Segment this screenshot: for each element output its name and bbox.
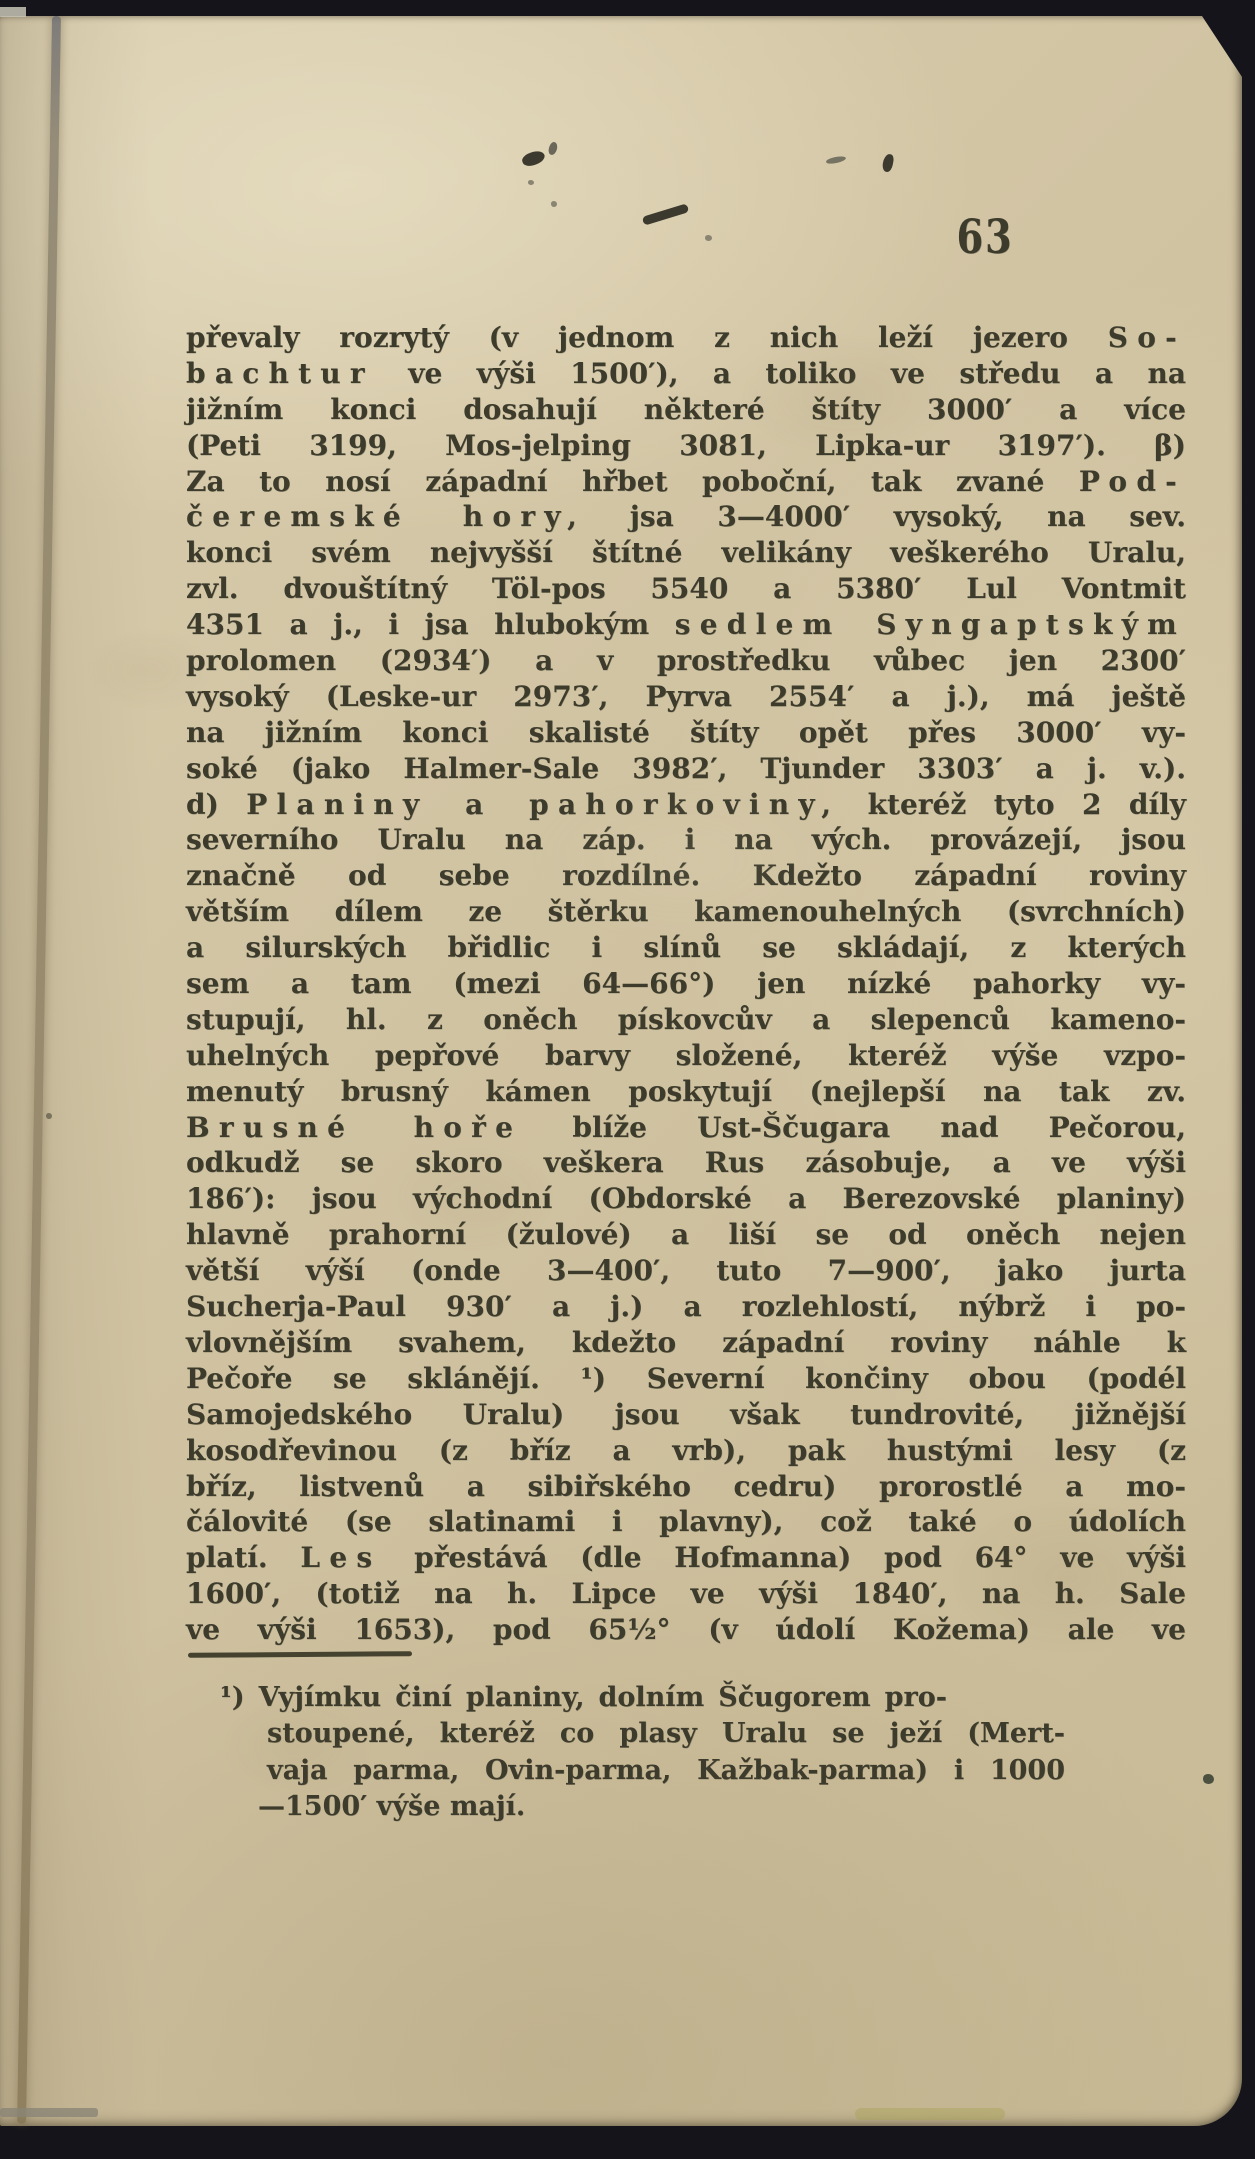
text-segment: čeremské hory,: [186, 500, 586, 533]
text-segment: jsa 3—4000′ vysoký, na sev.: [586, 500, 1186, 533]
text-segment: stoupené, kteréž co plasy Uralu se ježí …: [267, 1718, 1065, 1749]
ink-speck: [520, 148, 546, 168]
text-line: severního Uralu na záp. i na vých. prová…: [186, 822, 1186, 858]
ink-speck: [1203, 1774, 1214, 1784]
ink-speck: [882, 153, 895, 172]
text-segment: blíže Ust-Ščugara nad Pečorou,: [522, 1111, 1186, 1144]
page-number: 63: [951, 214, 1020, 261]
scanned-book-page: 63 převaly rozrytý (v jednom z nich leží…: [0, 0, 1255, 2159]
text-line: 186′): jsou východní (Obdorské a Berezov…: [186, 1181, 1186, 1217]
text-segment: Brusné hoře: [186, 1111, 522, 1144]
text-line: soké (jako Halmer-Sale 3982′, Tjunder 33…: [186, 751, 1186, 787]
scan-bottom-wedge: [0, 2108, 98, 2117]
text-line: menutý brusný kámen poskytují (nejlepší …: [186, 1074, 1186, 1110]
text-segment: d): [186, 788, 246, 821]
text-segment: ¹) Vyjímku činí planiny, dolním Ščugorem…: [220, 1682, 947, 1713]
text-line: čálovité (se slatinami i plavny), což ta…: [186, 1504, 1186, 1540]
text-line: vlovnějším svahem, kdežto západní roviny…: [186, 1325, 1186, 1361]
text-segment: vlovnějším svahem, kdežto západní roviny…: [186, 1326, 1186, 1359]
text-line: uhelných pepřové barvy složené, kteréž v…: [186, 1038, 1186, 1074]
text-segment: 1600′, (totiž na h. Lipce ve výši 1840′,…: [186, 1577, 1186, 1610]
text-segment: 4351 a j., i jsa hlubokým: [186, 608, 675, 641]
footnote-line: stoupené, kteréž co plasy Uralu se ježí …: [267, 1716, 1065, 1752]
text-segment: převaly rozrytý (v jednom z nich leží je…: [186, 321, 1108, 354]
text-segment: Sucherja-Paul 930′ a j.) a rozlehlostí, …: [186, 1290, 1186, 1323]
main-text: převaly rozrytý (v jednom z nich leží je…: [186, 320, 1186, 1648]
footnote-line: ¹) Vyjímku činí planiny, dolním Ščugorem…: [220, 1680, 947, 1716]
text-segment: zvl. dvouštítný Töl-pos 5540 a 5380′ Lul…: [186, 572, 1186, 605]
text-segment: jižním konci dosahují některé štíty 3000…: [186, 393, 1186, 426]
footnote: ¹) Vyjímku činí planiny, dolním Ščugorem…: [220, 1680, 1068, 1825]
ink-speck: [551, 201, 557, 207]
ink-speck: [547, 141, 559, 156]
text-segment: stupují, hl. z oněch pískovcův a slepenc…: [186, 1003, 1186, 1036]
ink-speck: [528, 180, 534, 185]
text-segment: severního Uralu na záp. i na vých. prová…: [186, 823, 1186, 856]
text-line: platí. Les přestává (dle Hofmanna) pod 6…: [186, 1540, 1186, 1576]
gutter-shadow: [17, 16, 61, 2124]
text-segment: (Peti 3199, Mos-jelping 3081, Lipka-ur 3…: [186, 429, 1186, 462]
text-line: ve výši 1653), pod 65½° (v údolí Kožema)…: [186, 1612, 1186, 1648]
text-line: jižním konci dosahují některé štíty 3000…: [186, 392, 1186, 428]
text-segment: hlavně prahorní (žulové) a liší se od on…: [186, 1218, 1186, 1251]
text-line: Za to nosí západní hřbet poboční, tak zv…: [186, 464, 1186, 500]
footnote-rule: [188, 1651, 412, 1658]
text-segment: kosodřevinou (z bříz a vrb), pak hustými…: [186, 1434, 1186, 1467]
text-segment: kteréž tyto 2 díly: [840, 788, 1186, 821]
text-line: konci svém nejvyšší štítné velikány vešk…: [186, 535, 1186, 571]
scan-top-edge: [0, 0, 1255, 16]
text-line: 1600′, (totiž na h. Lipce ve výši 1840′,…: [186, 1576, 1186, 1612]
text-segment: přestává (dle Hofmanna) pod 64° ve výši: [381, 1541, 1186, 1574]
text-segment: menutý brusný kámen poskytují (nejlepší …: [186, 1075, 1186, 1108]
text-segment: značně od sebe rozdílné. Kdežto západní …: [186, 859, 1186, 892]
text-line: d) Planiny a pahorkoviny, kteréž tyto 2 …: [186, 787, 1186, 823]
text-line: Samojedského Uralu) jsou však tundrovité…: [186, 1397, 1186, 1433]
text-segment: Za to nosí západní hřbet poboční, tak zv…: [186, 465, 1079, 498]
text-line: značně od sebe rozdílné. Kdežto západní …: [186, 858, 1186, 894]
ink-speck: [46, 1113, 52, 1119]
text-line: Sucherja-Paul 930′ a j.) a rozlehlostí, …: [186, 1289, 1186, 1325]
text-line: (Peti 3199, Mos-jelping 3081, Lipka-ur 3…: [186, 428, 1186, 464]
text-line: na jižním konci skalisté štíty opět přes…: [186, 715, 1186, 751]
text-line: a silurských břidlic i slínů se skládají…: [186, 930, 1186, 966]
text-segment: platí.: [186, 1541, 300, 1574]
text-segment: prolomen (2934′) a v prostředku vůbec je…: [186, 644, 1186, 677]
text-line: bachtur ve výši 1500′), a toliko ve stře…: [186, 356, 1186, 392]
text-line: čeremské hory, jsa 3—4000′ vysoký, na se…: [186, 499, 1186, 535]
text-line: kosodřevinou (z bříz a vrb), pak hustými…: [186, 1433, 1186, 1469]
ink-speck: [826, 155, 847, 165]
text-segment: čálovité (se slatinami i plavny), což ta…: [186, 1505, 1186, 1538]
text-line: stupují, hl. z oněch pískovcův a slepenc…: [186, 1002, 1186, 1038]
text-segment: vysoký (Leske-ur 2973′, Pyrva 2554′ a j.…: [186, 680, 1186, 713]
text-segment: sedlem Syngaptským: [675, 608, 1186, 641]
scan-bottom-tint: [855, 2108, 1005, 2120]
book-page: 63 převaly rozrytý (v jednom z nich leží…: [0, 16, 1242, 2126]
text-segment: 186′): jsou východní (Obdorské a Berezov…: [186, 1182, 1186, 1215]
text-segment: na jižním konci skalisté štíty opět přes…: [186, 716, 1186, 749]
text-segment: Pečoře se sklánějí. ¹) Severní končiny o…: [186, 1362, 1186, 1395]
text-line: větším dílem ze štěrku kamenouhelných (s…: [186, 894, 1186, 930]
footnote-line: —1500′ výše mají.: [258, 1789, 1068, 1825]
text-line: odkudž se skoro veškera Rus zásobuje, a …: [186, 1145, 1186, 1181]
text-segment: Samojedského Uralu) jsou však tundrovité…: [186, 1398, 1186, 1431]
text-line: Brusné hoře blíže Ust-Ščugara nad Pečoro…: [186, 1110, 1186, 1146]
text-segment: uhelných pepřové barvy složené, kteréž v…: [186, 1039, 1186, 1072]
text-line: větší výší (onde 3—400′, tuto 7—900′, ja…: [186, 1253, 1186, 1289]
text-segment: Planiny a pahorkoviny,: [246, 788, 840, 821]
text-segment: soké (jako Halmer-Sale 3982′, Tjunder 33…: [186, 752, 1186, 785]
text-line: 4351 a j., i jsa hlubokým sedlem Syngapt…: [186, 607, 1186, 643]
text-line: bříz, listvenů a sibiřského cedru) proro…: [186, 1469, 1186, 1505]
text-segment: ve výši 1653), pod 65½° (v údolí Kožema)…: [186, 1613, 1186, 1646]
text-line: vysoký (Leske-ur 2973′, Pyrva 2554′ a j.…: [186, 679, 1186, 715]
text-segment: bachtur: [186, 357, 374, 390]
text-segment: odkudž se skoro veškera Rus zásobuje, a …: [186, 1146, 1186, 1179]
text-segment: —1500′ výše mají.: [258, 1791, 525, 1822]
ink-speck: [705, 235, 712, 241]
ink-speck: [642, 203, 690, 225]
text-segment: vaja parma, Ovin-parma, Kažbak-parma) i …: [267, 1755, 1065, 1786]
text-line: zvl. dvouštítný Töl-pos 5540 a 5380′ Lul…: [186, 571, 1186, 607]
text-segment: bříz, listvenů a sibiřského cedru) proro…: [186, 1470, 1186, 1503]
text-segment: ve výši 1500′), a toliko ve středu a na: [374, 357, 1186, 390]
text-segment: So-: [1108, 321, 1186, 354]
text-segment: větší výší (onde 3—400′, tuto 7—900′, ja…: [186, 1254, 1186, 1287]
text-segment: sem a tam (mezi 64—66°) jen nízké pahork…: [186, 967, 1186, 1000]
text-line: prolomen (2934′) a v prostředku vůbec je…: [186, 643, 1186, 679]
text-segment: konci svém nejvyšší štítné velikány vešk…: [186, 536, 1186, 569]
text-line: sem a tam (mezi 64—66°) jen nízké pahork…: [186, 966, 1186, 1002]
footnote-line: vaja parma, Ovin-parma, Kažbak-parma) i …: [267, 1753, 1065, 1789]
text-segment: větším dílem ze štěrku kamenouhelných (s…: [186, 895, 1186, 928]
scan-top-left-notch: [0, 7, 26, 17]
text-line: Pečoře se sklánějí. ¹) Severní končiny o…: [186, 1361, 1186, 1397]
text-segment: Pod-: [1079, 465, 1186, 498]
text-segment: a silurských břidlic i slínů se skládají…: [186, 931, 1186, 964]
text-line: převaly rozrytý (v jednom z nich leží je…: [186, 320, 1186, 356]
text-line: hlavně prahorní (žulové) a liší se od on…: [186, 1217, 1186, 1253]
text-segment: Les: [300, 1541, 381, 1574]
